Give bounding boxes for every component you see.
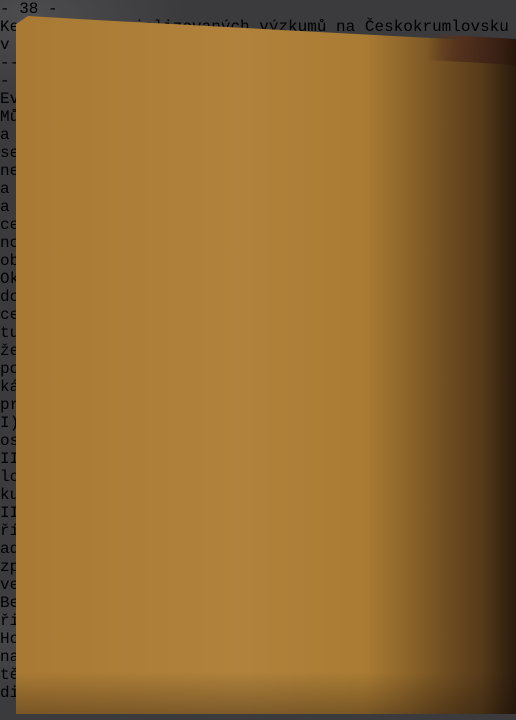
page-right-edge-shadow (494, 52, 516, 714)
book-cover (16, 10, 516, 714)
scanner-background: - 38 - Ke vzniku specializovaných výzkum… (0, 0, 516, 720)
page-number: - 38 - (0, 0, 516, 18)
